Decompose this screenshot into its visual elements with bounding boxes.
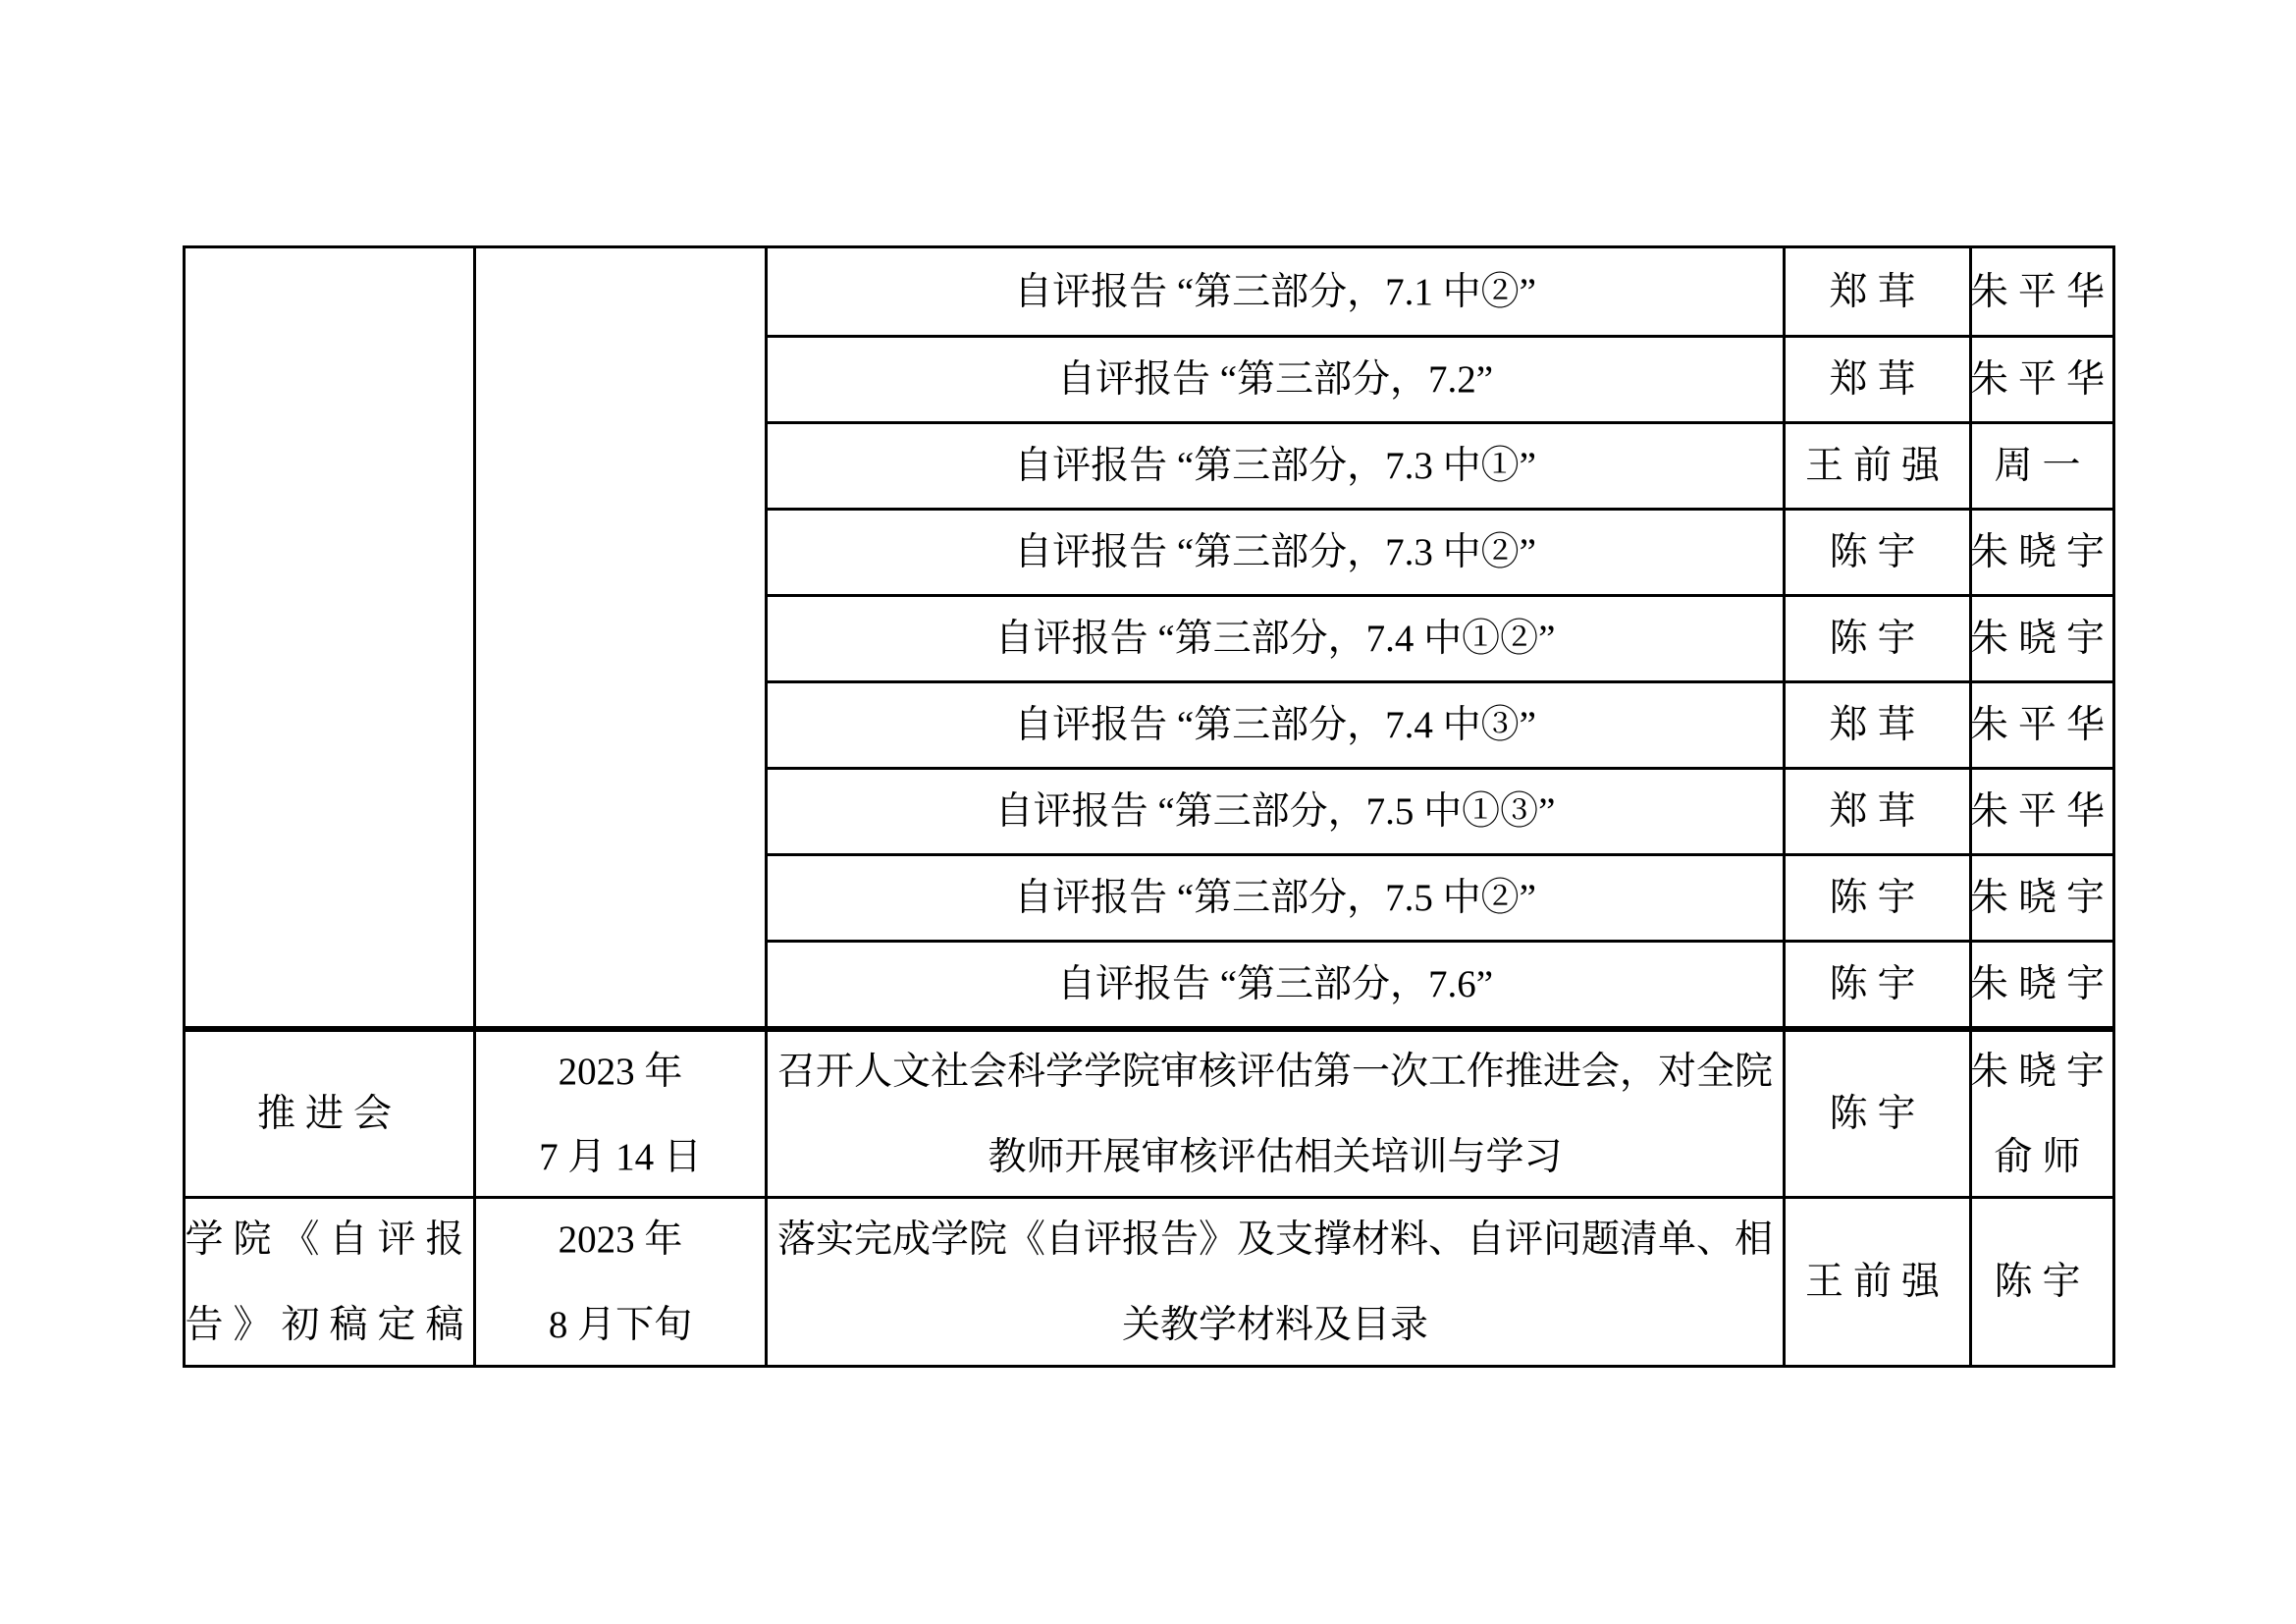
work-content-text: 自评报告 “第三部分，7.5 中②”	[1014, 855, 1536, 940]
cell-review-person: 陈宇	[1969, 1196, 2112, 1365]
cell-work-content: 自评报告 “第三部分，7.2”	[765, 335, 1783, 421]
lead-person-text: 郑茸	[1829, 249, 1925, 335]
merged-date-cell	[473, 248, 765, 1026]
work-content-line1: 落实完成学院《自评报告》及支撑材料、自评问题清单、相	[777, 1197, 1773, 1282]
task-date-line1: 2023 年	[559, 1029, 683, 1114]
work-content-text: 自评报告 “第三部分，7.4 中③”	[1014, 682, 1536, 767]
work-content-line2: 关教学材料及目录	[1122, 1282, 1428, 1366]
merged-task-cell	[186, 248, 473, 1026]
cell-work-content: 自评报告 “第三部分，7.3 中②”	[765, 508, 1783, 594]
review-person-text: 朱平华	[1970, 249, 2112, 335]
cell-review-person: 周一	[1969, 421, 2112, 508]
cell-lead-person: 陈宇	[1783, 1026, 1969, 1196]
cell-lead-person: 郑茸	[1783, 335, 1969, 421]
cell-lead-person: 陈宇	[1783, 508, 1969, 594]
cell-task-name: 推进会	[186, 1026, 473, 1196]
cell-review-person: 朱晓宇	[1969, 508, 2112, 594]
review-person-text: 朱晓宇	[1970, 942, 2112, 1026]
cell-work-content: 自评报告 “第三部分，7.4 中③”	[765, 680, 1783, 767]
document-page: 自评报告 “第三部分，7.1 中②” 郑茸 朱平华 自评报告 “第三部分，7.2…	[0, 0, 2296, 1624]
cell-lead-person: 陈宇	[1783, 940, 1969, 1026]
work-content-text: 自评报告 “第三部分，7.3 中①”	[1014, 423, 1536, 508]
cell-review-person: 朱晓宇	[1969, 940, 2112, 1026]
lead-person-text: 陈宇	[1829, 510, 1925, 594]
cell-work-content: 落实完成学院《自评报告》及支撑材料、自评问题清单、相 关教学材料及目录	[765, 1196, 1783, 1365]
review-person-text: 朱晓宇	[1970, 855, 2112, 940]
lead-person-text: 陈宇	[1829, 942, 1925, 1026]
cell-task-date: 2023 年 7 月 14 日	[473, 1026, 765, 1196]
cell-lead-person: 王前强	[1783, 421, 1969, 508]
cell-work-content: 召开人文社会科学学院审核评估第一次工作推进会，对全院 教师开展审核评估相关培训与…	[765, 1026, 1783, 1196]
task-date-line1: 2023 年	[559, 1197, 683, 1282]
cell-work-content: 自评报告 “第三部分，7.1 中②”	[765, 248, 1783, 335]
cell-work-content: 自评报告 “第三部分，7.4 中①②”	[765, 594, 1783, 680]
lead-person-text: 王前强	[1805, 1239, 1949, 1325]
work-content-text: 自评报告 “第三部分，7.6”	[1057, 942, 1493, 1026]
work-content-text: 自评报告 “第三部分，7.2”	[1057, 337, 1493, 421]
work-content-text: 自评报告 “第三部分，7.1 中②”	[1014, 249, 1536, 335]
cell-lead-person: 郑茸	[1783, 680, 1969, 767]
lead-person-text: 郑茸	[1829, 769, 1925, 853]
cell-review-person: 朱晓宇 俞师	[1969, 1026, 2112, 1196]
review-person-text: 朱平华	[1970, 337, 2112, 421]
cell-task-name: 学院《自评报 告》初稿定稿	[186, 1196, 473, 1365]
cell-lead-person: 王前强	[1783, 1196, 1969, 1365]
work-content-text: 自评报告 “第三部分，7.3 中②”	[1014, 510, 1536, 594]
cell-lead-person: 陈宇	[1783, 594, 1969, 680]
cell-work-content: 自评报告 “第三部分，7.5 中②”	[765, 853, 1783, 940]
review-person-text: 朱晓宇	[1970, 510, 2112, 594]
work-content-line1: 召开人文社会科学学院审核评估第一次工作推进会，对全院	[777, 1029, 1773, 1114]
task-date-line2: 8 月下旬	[549, 1282, 692, 1366]
cell-review-person: 朱平华	[1969, 248, 2112, 335]
lead-person-text: 陈宇	[1829, 855, 1925, 940]
task-name-line1: 推进会	[257, 1071, 401, 1157]
task-name-line2: 告》初稿定稿	[186, 1282, 473, 1366]
lead-person-text: 王前强	[1805, 423, 1949, 508]
review-person-line2: 俞师	[1994, 1114, 2090, 1197]
cell-review-person: 朱平华	[1969, 767, 2112, 853]
cell-lead-person: 郑茸	[1783, 248, 1969, 335]
cell-review-person: 朱平华	[1969, 335, 2112, 421]
work-plan-table: 自评报告 “第三部分，7.1 中②” 郑茸 朱平华 自评报告 “第三部分，7.2…	[183, 245, 2115, 1368]
work-content-text: 自评报告 “第三部分，7.4 中①②”	[995, 596, 1556, 680]
cell-review-person: 朱平华	[1969, 680, 2112, 767]
lead-person-text: 郑茸	[1829, 337, 1925, 421]
task-name-line1: 学院《自评报	[186, 1197, 473, 1282]
review-person-text: 周一	[1994, 423, 2090, 508]
review-person-text: 朱平华	[1970, 769, 2112, 853]
lead-person-text: 郑茸	[1829, 682, 1925, 767]
cell-review-person: 朱晓宇	[1969, 594, 2112, 680]
review-person-line1: 陈宇	[1994, 1239, 2090, 1325]
cell-work-content: 自评报告 “第三部分，7.5 中①③”	[765, 767, 1783, 853]
cell-review-person: 朱晓宇	[1969, 853, 2112, 940]
work-content-text: 自评报告 “第三部分，7.5 中①③”	[995, 769, 1556, 853]
cell-lead-person: 陈宇	[1783, 853, 1969, 940]
review-person-text: 朱晓宇	[1970, 596, 2112, 680]
cell-lead-person: 郑茸	[1783, 767, 1969, 853]
review-person-line1: 朱晓宇	[1970, 1029, 2112, 1114]
work-content-line2: 教师开展审核评估相关培训与学习	[988, 1114, 1562, 1197]
task-date-line2: 7 月 14 日	[539, 1114, 702, 1197]
cell-task-date: 2023 年 8 月下旬	[473, 1196, 765, 1365]
cell-work-content: 自评报告 “第三部分，7.6”	[765, 940, 1783, 1026]
lead-person-text: 陈宇	[1829, 596, 1925, 680]
lead-person-text: 陈宇	[1829, 1071, 1925, 1157]
review-person-text: 朱平华	[1970, 682, 2112, 767]
cell-work-content: 自评报告 “第三部分，7.3 中①”	[765, 421, 1783, 508]
